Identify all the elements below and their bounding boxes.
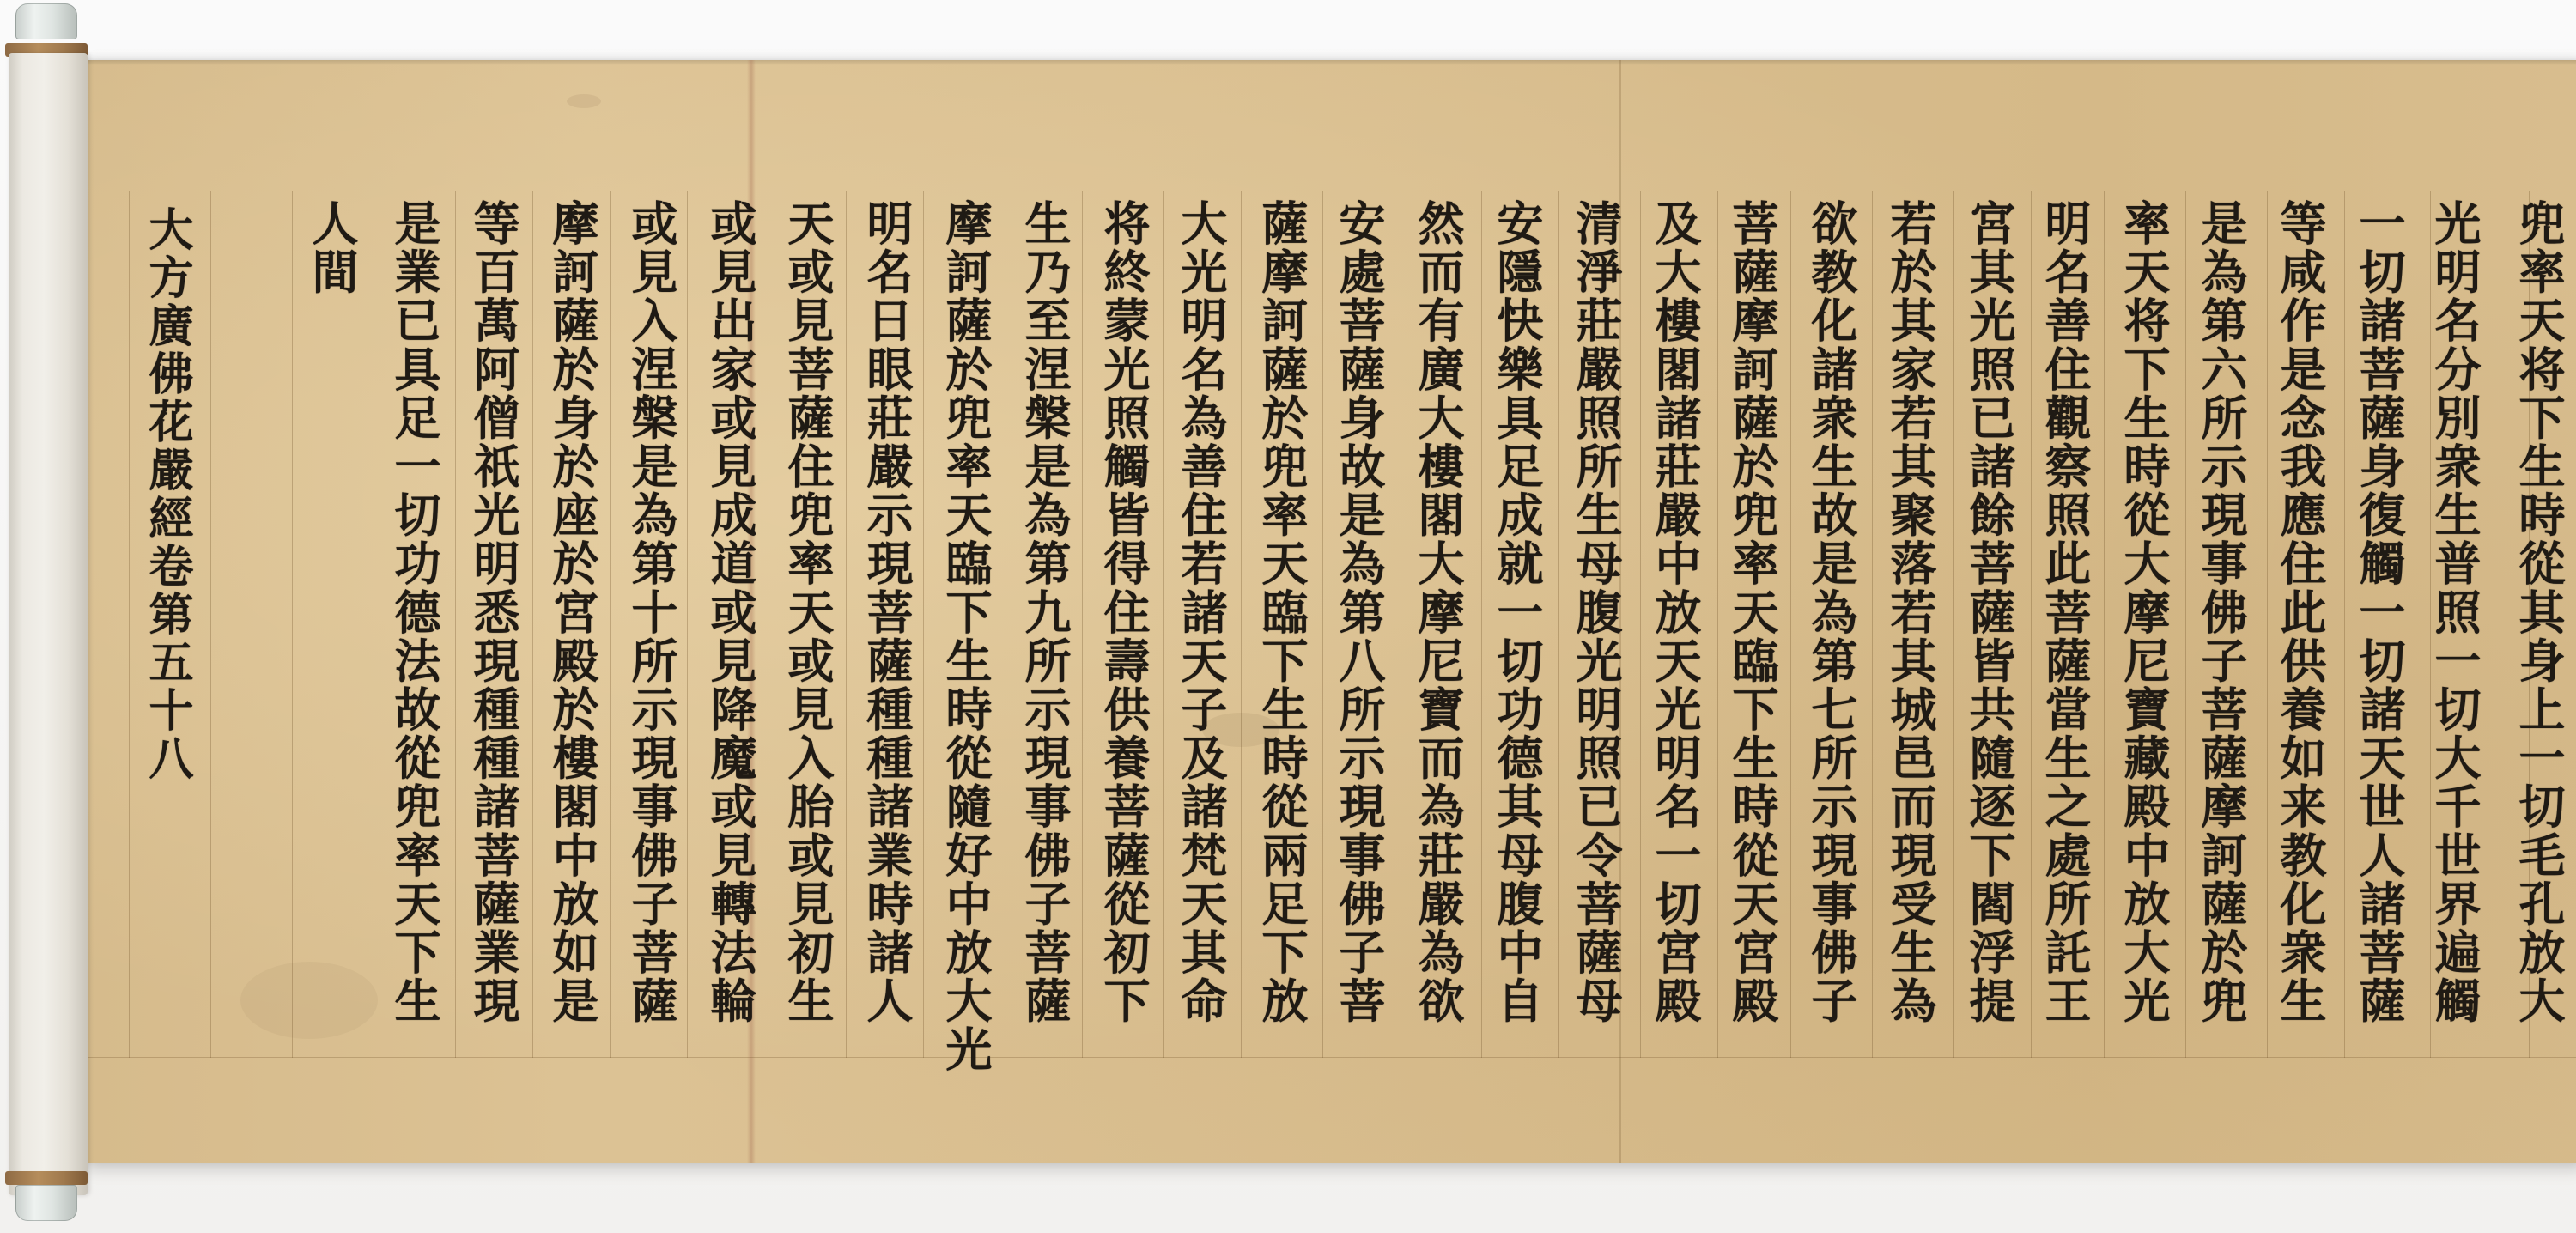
column-rule xyxy=(1163,191,1164,1058)
column-rule xyxy=(292,191,293,1058)
text-column: 人間 xyxy=(309,199,355,296)
text-column: 大光明名為善住若諸天子及諸梵天其命 xyxy=(1178,199,1224,1025)
column-rule xyxy=(846,191,847,1058)
column-rule xyxy=(2344,191,2345,1058)
text-column: 然而有廣大樓閣大摩尼寶而為莊嚴為欲 xyxy=(1415,199,1461,1025)
column-rule xyxy=(610,191,611,1058)
column-rule xyxy=(1640,191,1641,1058)
text-column: 安處菩薩身故是為第八所示現事佛子菩 xyxy=(1336,199,1382,1025)
text-column: 宮其光照已諸餘菩薩皆共隨逐下閻浮提 xyxy=(1966,199,2013,1025)
column-rule xyxy=(2185,191,2186,1058)
text-column: 明名善住觀察照此菩薩當生之處所託王 xyxy=(2042,199,2088,1025)
text-column: 或見出家或見成道或見降魔或見轉法輪 xyxy=(708,199,754,1025)
column-rule xyxy=(1082,191,1083,1058)
column-rule xyxy=(1322,191,1323,1058)
column-rule xyxy=(455,191,456,1058)
column-rule xyxy=(2104,191,2105,1058)
text-column: 生乃至涅槃是為第九所示現事佛子菩薩 xyxy=(1022,199,1068,1025)
column-rule xyxy=(374,191,374,1058)
closing-title: 大方廣佛花嚴經卷第五十八 xyxy=(144,206,189,783)
column-rule xyxy=(1481,191,1482,1058)
column-rule xyxy=(1005,191,1005,1058)
column-rule xyxy=(129,191,130,1058)
roller-knob-bottom xyxy=(15,1185,77,1221)
text-column: 欲教化諸衆生故是為第七所示現事佛子 xyxy=(1808,199,1855,1025)
column-rule xyxy=(210,191,211,1058)
text-column: 或見入涅槃是為第十所示現事佛子菩薩 xyxy=(629,199,675,1025)
column-rule xyxy=(923,191,924,1058)
stain xyxy=(567,94,601,108)
roller-cap-bottom xyxy=(5,1171,88,1185)
text-column: 等百萬阿僧祇光明悉現種種諸菩薩業現 xyxy=(471,199,517,1025)
text-column: 安隱快樂具足成就一切功德其母腹中自 xyxy=(1494,199,1540,1025)
text-column: 是業已具足一切功德法故從兜率天下生 xyxy=(392,199,438,1025)
text-column: 率天将下生時從大摩尼寶藏殿中放大光 xyxy=(2121,199,2167,1025)
column-rule xyxy=(2267,191,2268,1058)
column-rule xyxy=(1400,191,1400,1058)
text-column: 兜率天将下生時從其身上一切毛孔放大 xyxy=(2516,199,2562,1025)
text-column: 若於其家若其聚落若其城邑而現受生為 xyxy=(1887,199,1934,1025)
column-rule xyxy=(1717,191,1718,1058)
text-column: 等咸作是念我應住此供養如来教化衆生 xyxy=(2277,199,2324,1025)
text-column: 摩訶薩於兜率天臨下生時從隨好中放大光 xyxy=(943,199,989,1074)
text-column: 一切諸菩薩身復觸一切諸天世人諸菩薩 xyxy=(2356,199,2403,1025)
column-rule xyxy=(2031,191,2032,1058)
scroll-roller xyxy=(9,53,88,1195)
text-column: 及大樓閣諸莊嚴中放天光明名一切宮殿 xyxy=(1652,199,1698,1025)
text-column: 薩摩訶薩於兜率天臨下生時從兩足下放 xyxy=(1259,199,1305,1025)
text-column: 清淨莊嚴照所生母腹光明照已令菩薩母 xyxy=(1573,199,1619,1025)
text-column: 是為第六所示現事佛子菩薩摩訶薩於兜 xyxy=(2198,199,2245,1025)
column-rule xyxy=(1241,191,1242,1058)
text-column: 摩訶薩於身於座於宮殿於樓閣中放如是 xyxy=(550,199,596,1025)
text-column: 天或見菩薩住兜率天或見入胎或見初生 xyxy=(785,199,831,1025)
text-column: 菩薩摩訶薩於兜率天臨下生時從天宮殿 xyxy=(1729,199,1776,1025)
text-column: 明名日眼莊嚴示現菩薩種種諸業時諸人 xyxy=(864,199,910,1025)
column-rule xyxy=(532,191,533,1058)
column-rule xyxy=(687,191,688,1058)
column-rule xyxy=(1872,191,1873,1058)
column-rule xyxy=(1790,191,1791,1058)
text-column: 光明名分別衆生普照一切大千世界遍觸 xyxy=(2432,199,2478,1025)
column-rule xyxy=(1558,191,1559,1058)
roller-knob-top xyxy=(15,3,77,39)
text-column: 将終蒙光照觸皆得住壽供養菩薩從初下 xyxy=(1101,199,1147,1025)
column-rule xyxy=(769,191,769,1058)
column-rule xyxy=(1953,191,1954,1058)
